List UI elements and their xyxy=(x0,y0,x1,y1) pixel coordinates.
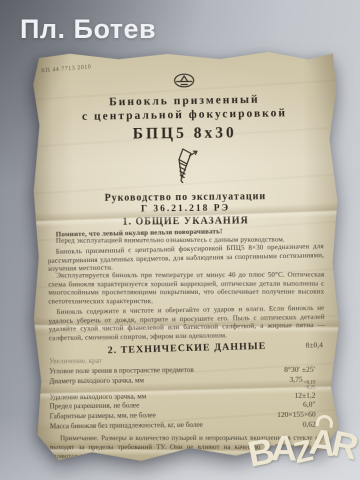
bazar-watermark: BAZAR xyxy=(246,424,356,473)
location-label: Пл. Ботев xyxy=(20,14,156,45)
photo-scene: Пл. Ботев КП 44 7713 2010 Бинокль призме… xyxy=(0,0,360,480)
instruction-paragraph: Эксплуатируется бинокль при температуре … xyxy=(48,271,324,307)
spec-tolerance: +0,19−0,25 xyxy=(304,380,316,390)
general-instructions-text: Помните, что левый окуляр нельзя поворач… xyxy=(48,226,325,342)
manual-paper-wrapper: КП 44 7713 2010 Бинокль призменный с цен… xyxy=(30,48,340,463)
factory-emblem-icon xyxy=(173,73,195,93)
magnification-value: 8±0,4 xyxy=(306,341,323,350)
technical-data-table: Увеличение, кратУгловое поле зрения в пр… xyxy=(49,355,326,432)
prism-pictogram-icon xyxy=(172,147,198,190)
spec-value: 12±1,2 xyxy=(294,390,325,400)
doc-title-line2: с центральной фокусировкой xyxy=(46,106,322,125)
watermark-letter: A xyxy=(270,427,294,469)
manual-paper: КП 44 7713 2010 Бинокль призменный с цен… xyxy=(30,48,340,463)
instruction-paragraph: Бинокль призменный с центральной фокусир… xyxy=(48,242,324,274)
doc-number: Г 36.21.218 РЭ xyxy=(47,202,323,215)
doc-model: БПЦ5 8х30 xyxy=(47,123,323,144)
spec-value: 8°30′ ±25′ xyxy=(284,364,325,374)
spec-value: 6,0″ xyxy=(303,400,326,410)
print-code: КП 44 7713 2010 xyxy=(41,64,92,74)
spec-value: 3,75+0,19−0,25 xyxy=(290,374,326,390)
spec-label: Диаметр выходного зрачка, мм xyxy=(49,375,283,387)
instruction-paragraph: Бинокль содержите в чистоте и оберегайте… xyxy=(48,304,325,343)
